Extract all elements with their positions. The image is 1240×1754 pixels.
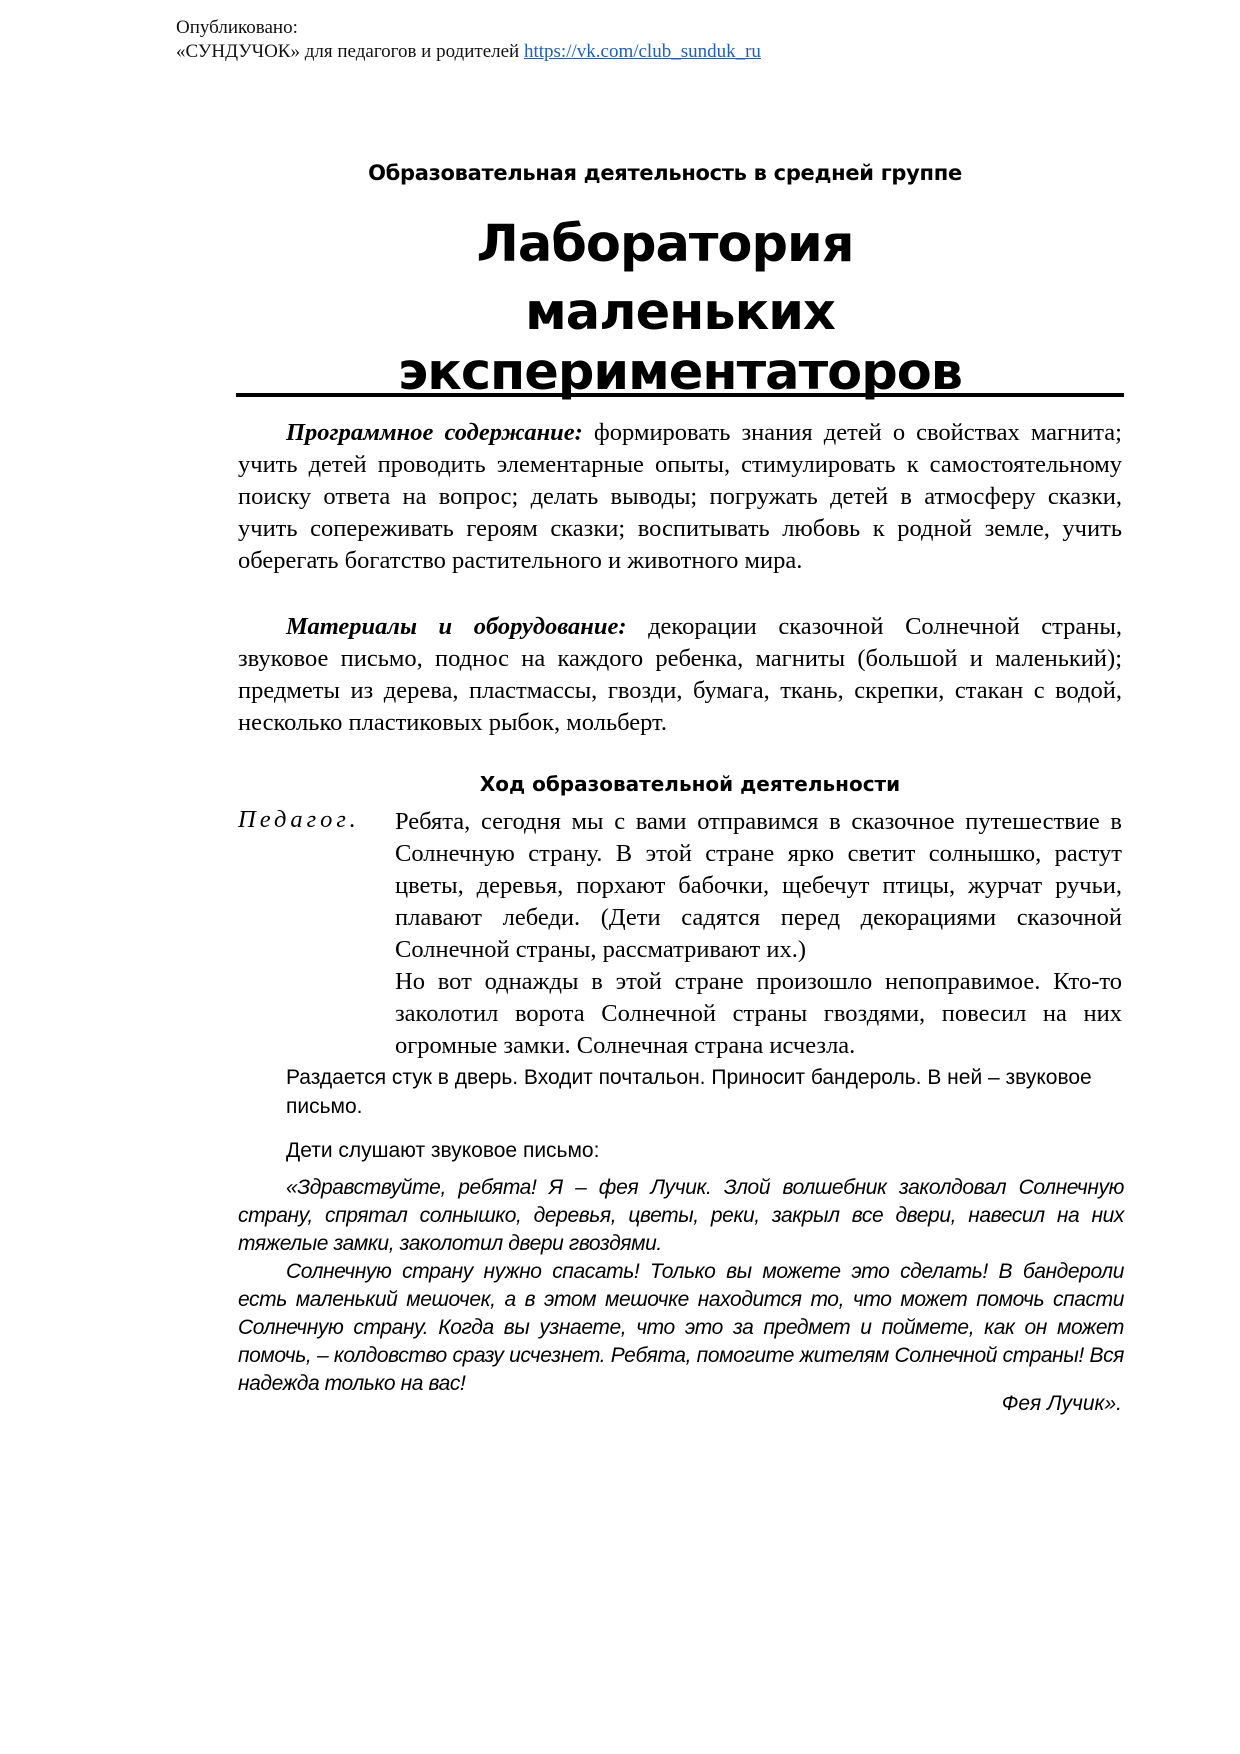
- section-heading: Ход образовательной деятельности: [0, 772, 1240, 796]
- title-divider: [236, 393, 1124, 397]
- letter-paragraph: «Здравствуйте, ребята! Я – фея Лучик. Зл…: [238, 1174, 1124, 1258]
- program-lead: Программное содержание:: [286, 419, 583, 446]
- article-title-line2: маленьких экспериментаторов: [240, 283, 1120, 403]
- publisher-line: «СУНДУЧОК» для педагогов и родителей htt…: [176, 40, 761, 64]
- letter-paragraph: Солнечную страну нужно спасать! Только в…: [238, 1258, 1124, 1398]
- teacher-speech: Ребята, сегодня мы с вами отправимся в с…: [395, 806, 1122, 1062]
- publisher-link[interactable]: https://vk.com/club_sunduk_ru: [524, 41, 761, 62]
- article-kicker: Образовательная деятельность в средней г…: [0, 161, 1240, 185]
- publisher-text: «СУНДУЧОК» для педагогов и родителей: [176, 41, 519, 62]
- stage-direction: Раздается стук в дверь. Входит почтальон…: [286, 1063, 1122, 1121]
- published-label: Опубликовано:: [176, 16, 761, 40]
- publication-note: Опубликовано: «СУНДУЧОК» для педагогов и…: [176, 16, 761, 64]
- program-content: Программное содержание: формировать знан…: [238, 417, 1122, 577]
- speech-line: Но вот однажды в этой стране произошло н…: [395, 966, 1122, 1062]
- letter-signature: Фея Лучик».: [1002, 1392, 1122, 1416]
- stage-direction: Дети слушают звуковое письмо:: [286, 1136, 1122, 1165]
- materials-lead: Материалы и оборудование:: [286, 613, 627, 640]
- fairy-letter: «Здравствуйте, ребята! Я – фея Лучик. Зл…: [238, 1174, 1124, 1398]
- speaker-label: Педагог.: [238, 806, 360, 834]
- article-title-line1: Лаборатория: [0, 215, 1240, 275]
- speech-line: Ребята, сегодня мы с вами отправимся в с…: [395, 806, 1122, 966]
- materials: Материалы и оборудование: декорации сказ…: [238, 611, 1122, 739]
